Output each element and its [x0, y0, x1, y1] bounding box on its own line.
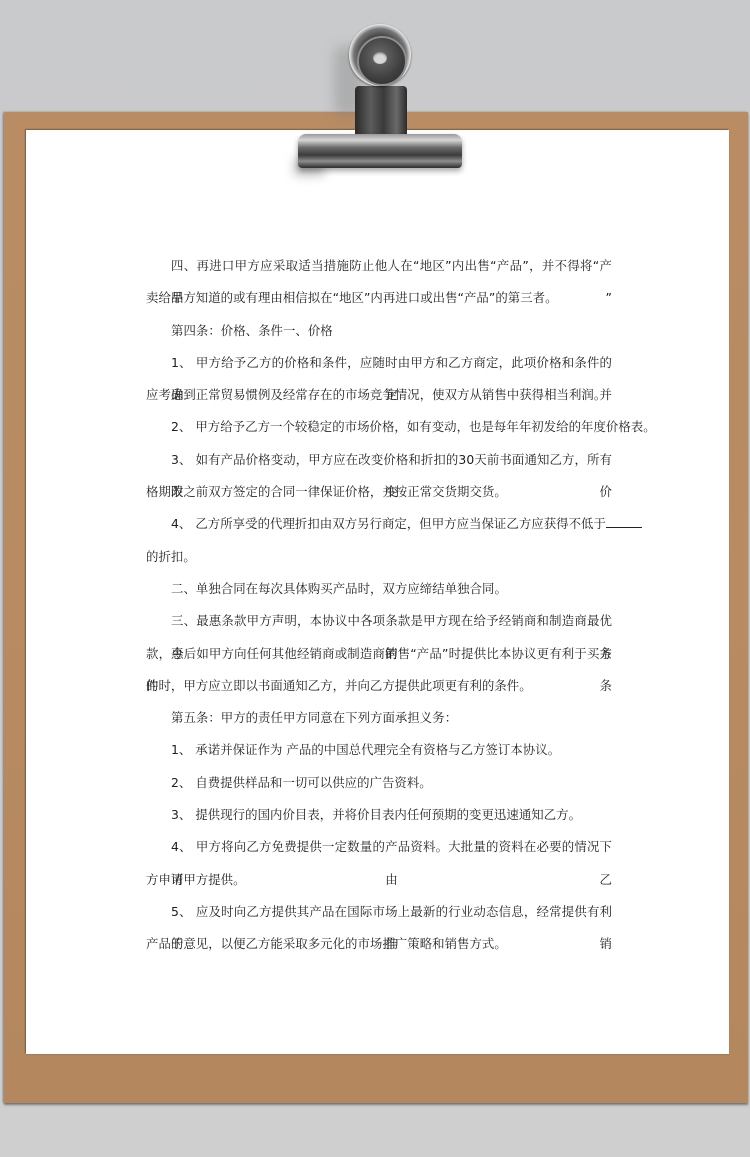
paragraph-line: 5、 应及时向乙方提供其产品在国际市场上最新的行业动态信息，经常提供有利于推销 [146, 896, 612, 928]
clip-ring [349, 24, 411, 86]
paragraph-line: 款，今后如甲方向任何其他经销商或制造商销售“产品”时提供比本协议更有利于买方的条 [146, 638, 612, 670]
paragraph-line: 3、 提供现行的国内价目表，并将价目表内任何预期的变更迅速通知乙方。 [146, 799, 612, 831]
clip-hole [373, 52, 387, 64]
paragraph-line: 卖给甲方知道的或有理由相信拟在“地区”内再进口或出售“产品”的第三者。 [146, 282, 612, 314]
section-heading-article-5: 第五条：甲方的责任甲方同意在下列方面承担义务： [146, 702, 612, 734]
paragraph-line: 4、 甲方将向乙方免费提供一定数量的产品资料。大批量的资料在必要的情况下可由乙 [146, 831, 612, 863]
paragraph-line: 4、 乙方所享受的代理折扣由双方另行商定，但甲方应当保证乙方应获得不低于 [146, 508, 612, 540]
paragraph-line: 2、 自费提供样品和一切可以供应的广告资料。 [146, 767, 612, 799]
paragraph-line: 应考虑到正常贸易惯例及经常存在的市场竞争情况，使双方从销售中获得相当利润。 [146, 379, 612, 411]
paragraph-line: 三、最惠条款甲方声明，本协议中各项条款是甲方现在给予经销商和制造商最优惠的条 [146, 605, 612, 637]
section-heading-article-4: 第四条：价格、条件一、价格 [146, 315, 612, 347]
clip-ring-inner [357, 36, 407, 86]
document-body: 四、再进口甲方应采取适当措施防止他人在“地区”内出售“产品”，并不得将“产品” … [146, 250, 612, 961]
paragraph-line: 2、 甲方给予乙方一个较稳定的市场价格，如有变动，也是每年年初发给的年度价格表。 [146, 411, 612, 443]
paragraph-line: 1、 承诺并保证作为 产品的中国总代理完全有资格与乙方签订本协议。 [146, 734, 612, 766]
clip-shadow [334, 46, 364, 116]
paragraph-line: 的折扣。 [146, 541, 612, 573]
paragraph-line: 二、单独合同在每次具体购买产品时，双方应缔结单独合同。 [146, 573, 612, 605]
paragraph-line: 3、 如有产品价格变动，甲方应在改变价格和折扣的30天前书面通知乙方，所有改变价 [146, 444, 612, 476]
paragraph-line: 四、再进口甲方应采取适当措施防止他人在“地区”内出售“产品”，并不得将“产品” [146, 250, 612, 282]
paragraph-line: 1、 甲方给予乙方的价格和条件，应随时由甲方和乙方商定，此项价格和条件的确定并 [146, 347, 612, 379]
fill-in-blank [606, 515, 642, 528]
